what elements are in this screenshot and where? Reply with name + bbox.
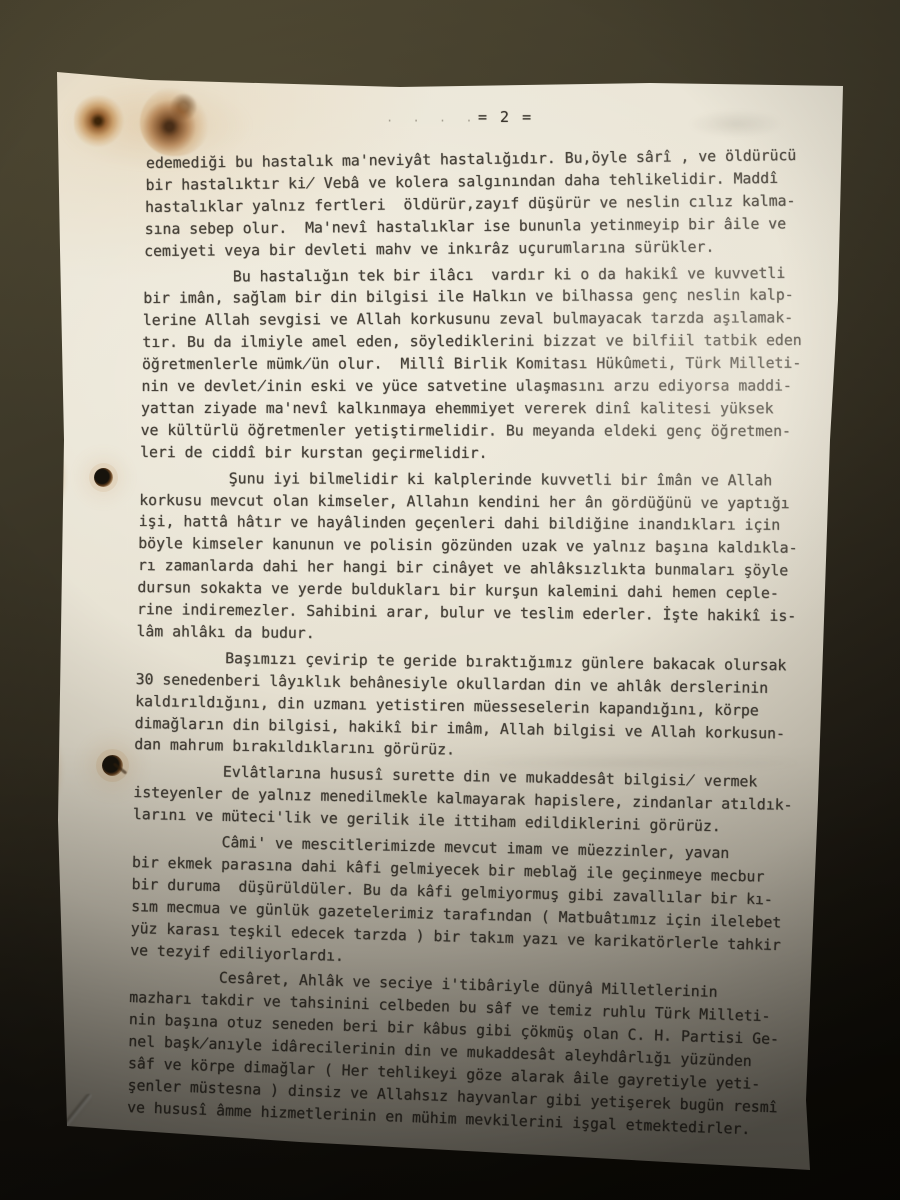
photo-background: · · · · = 2 = edemediği bu hastalık ma'n…	[0, 0, 900, 1200]
document-page: · · · · = 2 = edemediği bu hastalık ma'n…	[0, 0, 900, 1200]
document-line: lerine Allah sevgisi ve Allah korkusunu …	[143, 308, 793, 332]
edge-stain	[44, 742, 60, 796]
document-line: nin ve devlet̸inin eski ve yüce satvetin…	[141, 375, 791, 397]
document-line: bir imân, sağlam bir din bilgisi ile Hal…	[143, 285, 793, 310]
document-line: yattan ziyade ma'nevî kalkınmaya ehemmiy…	[141, 398, 774, 419]
punch-hole	[94, 468, 113, 487]
document-line: lâm ahlâkı da budur.	[136, 621, 314, 644]
document-line: ve kültürlü öğretmenler yetiştirmelidir.…	[141, 420, 791, 442]
document-line: korkusu mevcut olan kimseler, Allahın ke…	[139, 490, 789, 514]
document-line: öğretmenlerle mümk̸ün olur. Millî Birlik…	[142, 353, 801, 375]
document-line: Şunu iyi bilmelidir ki kalplerinde kuvve…	[140, 468, 773, 491]
document-line: sına sebep olur. Ma'nevî hastalıklar ise…	[145, 213, 787, 240]
edge-stain	[48, 456, 64, 500]
document-line: cemiyeti veya bir devleti mahv ve inkırâ…	[144, 236, 714, 261]
typewritten-text-block: edemediği bu hastalık ma'neviyât hastalı…	[137, 0, 847, 1200]
document-line: tır. Bu da ilmiyle amel eden, söyledikle…	[142, 330, 801, 353]
punch-hole	[102, 755, 123, 776]
corner-fold-crease	[44, 1094, 97, 1145]
document-line: leri de ciddî bir kurstan geçirmelidir.	[140, 442, 487, 464]
document-line: Bu hastalığın tek bir ilâcı vardır ki o …	[144, 262, 786, 287]
document-line: dan mahrum bırakıldıklarını görürüz.	[134, 734, 455, 761]
document-line: işi, hattâ hâtır ve hayâlinden geçenleri…	[139, 511, 781, 536]
